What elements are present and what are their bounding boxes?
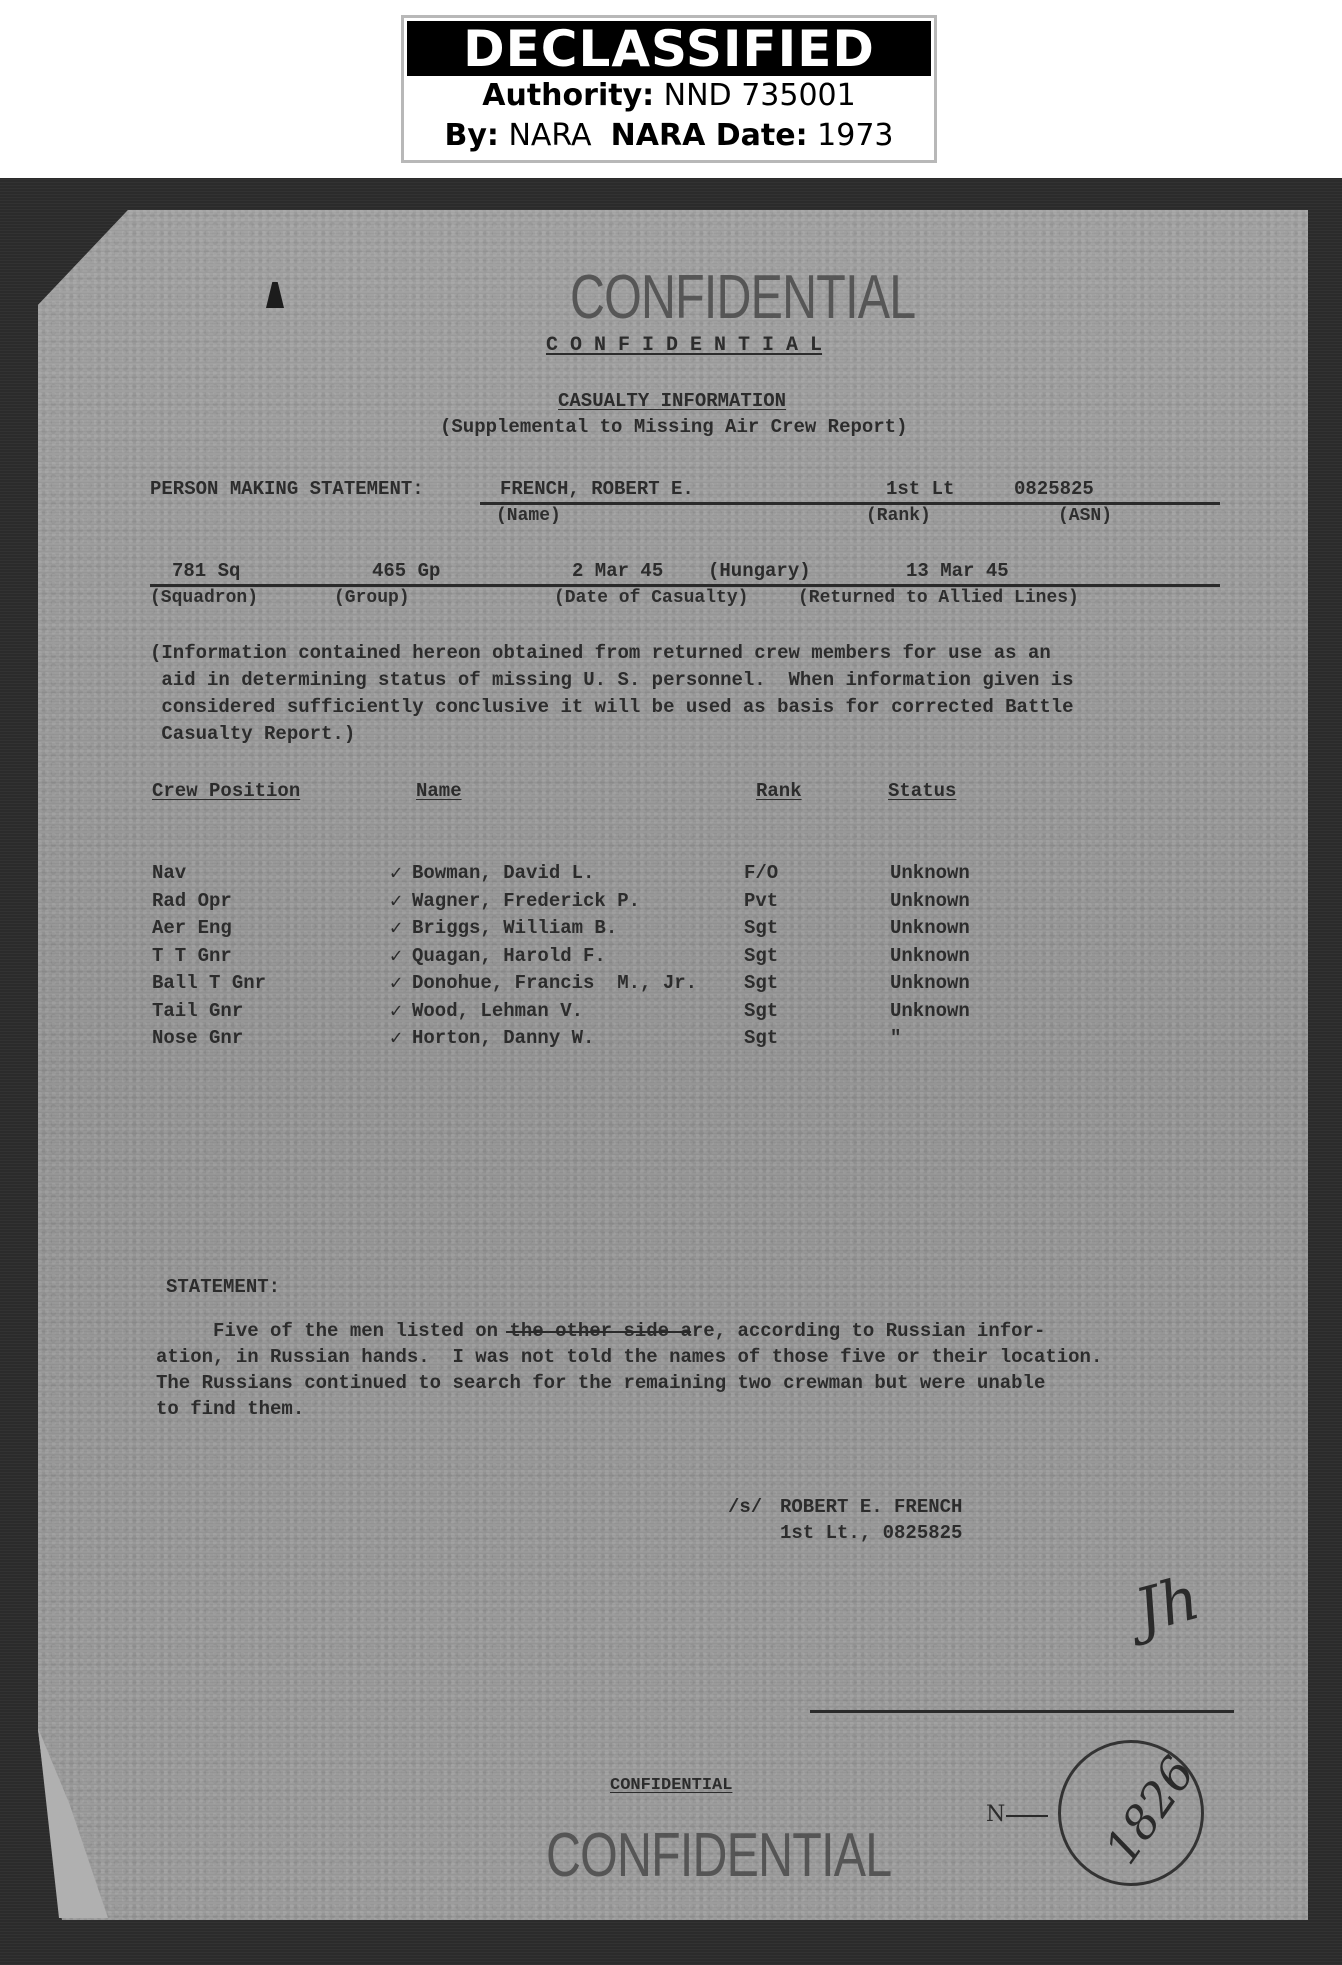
crew-position: Tail Gnr bbox=[152, 1000, 243, 1022]
crew-position: Rad Opr bbox=[152, 890, 232, 912]
crew-name: Quagan, Harold F. bbox=[412, 945, 606, 967]
crew-status: Unknown bbox=[890, 917, 970, 939]
checkmark-icon: ✓ bbox=[390, 860, 402, 886]
crew-status: Unknown bbox=[890, 1000, 970, 1022]
crew-status: " bbox=[890, 1027, 901, 1049]
crew-rank: Sgt bbox=[744, 917, 778, 939]
nara-date-value: 1973 bbox=[817, 118, 893, 153]
strikethrough bbox=[506, 1331, 691, 1333]
circled-number-text: 1826 bbox=[1094, 1747, 1205, 1874]
crew-name: Wagner, Frederick P. bbox=[412, 890, 640, 912]
statement-label: STATEMENT: bbox=[166, 1276, 280, 1298]
n-dash bbox=[1006, 1815, 1048, 1817]
crew-name: Donohue, Francis M., Jr. bbox=[412, 972, 697, 994]
crew-position: Nose Gnr bbox=[152, 1027, 243, 1049]
authority-line: Authority: NND 735001 bbox=[404, 76, 934, 116]
crew-rank: Sgt bbox=[744, 945, 778, 967]
circled-number: 1826 bbox=[1058, 1740, 1204, 1886]
crew-rank: Pvt bbox=[744, 890, 778, 912]
header-crew-position: Crew Position bbox=[152, 780, 300, 802]
header-rank: Rank bbox=[756, 780, 802, 802]
checkmark-icon: ✓ bbox=[390, 915, 402, 941]
by-value: NARA bbox=[508, 118, 591, 153]
statement-line: to find them. bbox=[156, 1398, 304, 1420]
crew-rank: Sgt bbox=[744, 1027, 778, 1049]
declassified-stamp: DECLASSIFIED Authority: NND 735001 By: N… bbox=[401, 15, 937, 163]
checkmark-icon: ✓ bbox=[390, 998, 402, 1024]
header-status: Status bbox=[888, 780, 956, 802]
statement-line: ation, in Russian hands. I was not told … bbox=[156, 1346, 1102, 1368]
confidential-stamp-bottom: CONFIDENTIAL bbox=[546, 1820, 891, 1891]
checkmark-icon: ✓ bbox=[390, 888, 402, 914]
crew-name: Bowman, David L. bbox=[412, 862, 594, 884]
by-label: By: bbox=[445, 118, 499, 153]
authority-label: Authority: bbox=[482, 78, 654, 113]
crew-rank: F/O bbox=[744, 862, 778, 884]
authority-value: NND 735001 bbox=[664, 78, 856, 113]
crew-position: Nav bbox=[152, 862, 186, 884]
crew-rank: Sgt bbox=[744, 1000, 778, 1022]
signature-name: ROBERT E. FRENCH bbox=[780, 1496, 962, 1518]
header-name: Name bbox=[416, 780, 462, 802]
checkmark-icon: ✓ bbox=[390, 970, 402, 996]
crew-status: Unknown bbox=[890, 972, 970, 994]
crew-name: Horton, Danny W. bbox=[412, 1027, 594, 1049]
paper-sheet: CONFIDENTIAL C O N F I D E N T I A L CAS… bbox=[38, 210, 1308, 1920]
declassified-title: DECLASSIFIED bbox=[407, 21, 931, 76]
crew-status: Unknown bbox=[890, 862, 970, 884]
crew-position: T T Gnr bbox=[152, 945, 232, 967]
crew-position: Ball T Gnr bbox=[152, 972, 266, 994]
signature-rank-asn: 1st Lt., 0825825 bbox=[780, 1522, 962, 1544]
crew-rank: Sgt bbox=[744, 972, 778, 994]
scanned-document: CONFIDENTIAL C O N F I D E N T I A L CAS… bbox=[0, 178, 1342, 1965]
checkmark-icon: ✓ bbox=[390, 1025, 402, 1051]
signature-rule bbox=[810, 1710, 1234, 1713]
signature-prefix: /s/ bbox=[728, 1496, 762, 1518]
nara-date-label: NARA Date: bbox=[611, 118, 808, 153]
checkmark-icon: ✓ bbox=[390, 943, 402, 969]
crew-name: Briggs, William B. bbox=[412, 917, 617, 939]
crew-status: Unknown bbox=[890, 890, 970, 912]
crew-name: Wood, Lehman V. bbox=[412, 1000, 583, 1022]
crew-status: Unknown bbox=[890, 945, 970, 967]
crew-position: Aer Eng bbox=[152, 917, 232, 939]
handwritten-n: N bbox=[986, 1802, 1005, 1827]
by-line: By: NARA NARA Date: 1973 bbox=[404, 116, 934, 156]
statement-line: The Russians continued to search for the… bbox=[156, 1372, 1045, 1394]
classification-bottom: CONFIDENTIAL bbox=[610, 1776, 732, 1795]
crew-table: Crew Position Name Rank Status Nav✓Bowma… bbox=[38, 210, 1308, 1920]
